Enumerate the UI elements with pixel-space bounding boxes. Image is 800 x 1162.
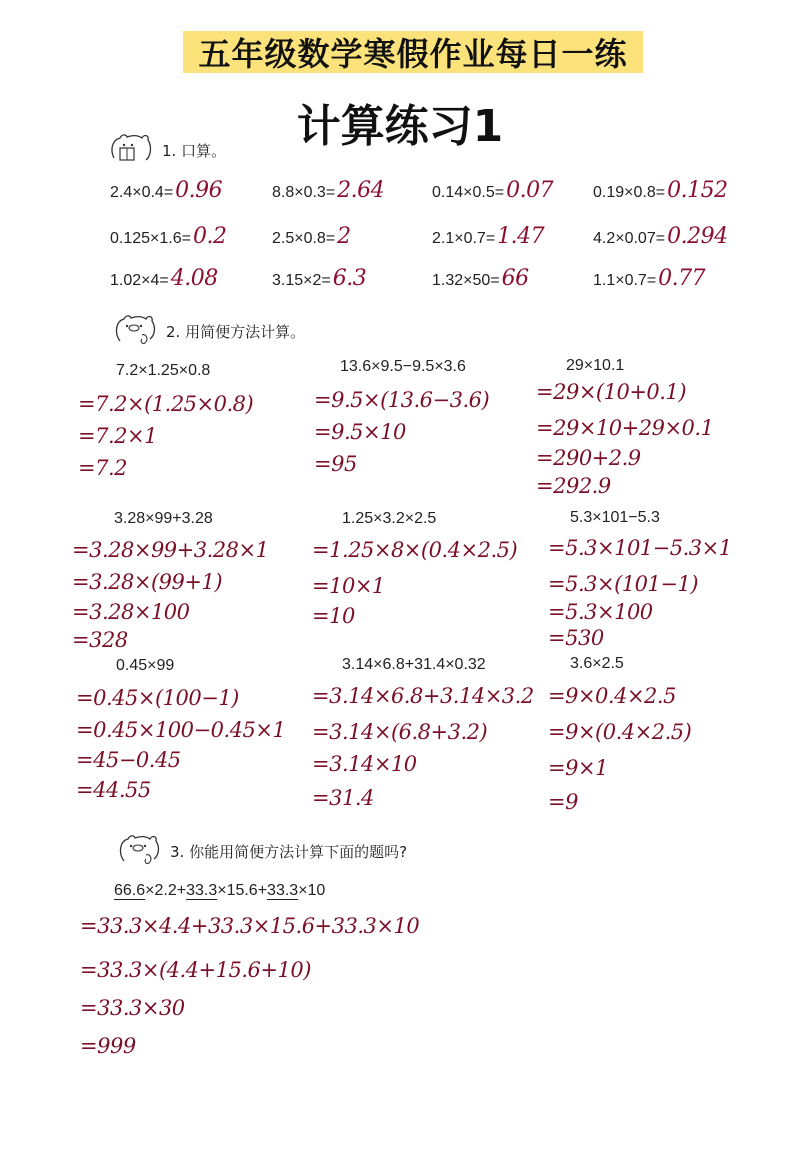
- section-1-header: 1. 口算。: [108, 132, 226, 168]
- problem: 3.6×2.5: [570, 655, 624, 673]
- solution-step: =3.28×(99+1): [72, 570, 222, 594]
- oral-item: 1.32×50=66: [432, 266, 529, 291]
- solution-step: =3.14×(6.8+3.2): [312, 720, 487, 744]
- oral-item: 1.1×0.7=0.77: [593, 266, 705, 291]
- oral-item: 1.02×4=4.08: [110, 266, 218, 291]
- solution-step: =29×10+29×0.1: [536, 416, 713, 440]
- banner-title: 五年级数学寒假作业每日一练: [198, 29, 627, 75]
- solution-step: =45−0.45: [76, 748, 181, 772]
- oral-item: 4.2×0.07=0.294: [593, 224, 728, 249]
- solution-step: =44.55: [76, 778, 151, 802]
- solution-step: =9×1: [548, 756, 608, 780]
- section-2-header: 2. 用简便方法计算。: [112, 313, 305, 349]
- bear-thinking-icon: [112, 313, 158, 349]
- section-2-label: 2. 用简便方法计算。: [166, 321, 305, 342]
- problem: 29×10.1: [566, 357, 624, 375]
- solution-step: =9×0.4×2.5: [548, 684, 676, 708]
- problem: 3.14×6.8+31.4×0.32: [342, 656, 486, 674]
- solution-step: =999: [80, 1034, 136, 1058]
- solution-step: =0.45×(100−1): [76, 686, 239, 710]
- oral-item: 0.14×0.5=0.07: [432, 178, 553, 203]
- section-3-label: 3. 你能用简便方法计算下面的题吗?: [170, 841, 407, 862]
- problem: 7.2×1.25×0.8: [116, 362, 210, 380]
- solution-step: =290+2.9: [536, 446, 641, 470]
- solution-step: =7.2×1: [78, 424, 157, 448]
- problem: 3.28×99+3.28: [114, 510, 213, 528]
- solution-step: =95: [314, 452, 357, 476]
- problem: 13.6×9.5−9.5×3.6: [340, 358, 466, 376]
- problem: 5.3×101−5.3: [570, 509, 660, 527]
- solution-step: =9.5×(13.6−3.6): [314, 388, 489, 412]
- oral-item: 8.8×0.3=2.64: [272, 178, 384, 203]
- solution-step: =29×(10+0.1): [536, 380, 686, 404]
- solution-step: =3.14×6.8+3.14×3.2: [312, 684, 534, 708]
- solution-step: =292.9: [536, 474, 611, 498]
- oral-item: 0.19×0.8=0.152: [593, 178, 728, 203]
- oral-item: 3.15×2=6.3: [272, 266, 366, 291]
- solution-step: =31.4: [312, 786, 374, 810]
- solution-step: =5.3×100: [548, 600, 653, 624]
- bear-reading-icon: [108, 132, 154, 168]
- bear-thinking-icon: [116, 833, 162, 869]
- oral-item: 0.125×1.6=0.2: [110, 224, 226, 249]
- header-banner: 五年级数学寒假作业每日一练: [183, 31, 643, 73]
- section-1-label: 1. 口算。: [162, 140, 226, 161]
- solution-step: =33.3×(4.4+15.6+10): [80, 958, 311, 982]
- problem: 1.25×3.2×2.5: [342, 510, 436, 528]
- solution-step: =3.28×99+3.28×1: [72, 538, 268, 562]
- solution-step: =0.45×100−0.45×1: [76, 718, 285, 742]
- solution-step: =9×(0.4×2.5): [548, 720, 691, 744]
- solution-step: =9.5×10: [314, 420, 406, 444]
- solution-step: =5.3×(101−1): [548, 572, 698, 596]
- problem: 0.45×99: [116, 657, 174, 675]
- solution-step: =7.2×(1.25×0.8): [78, 392, 253, 416]
- solution-step: =3.14×10: [312, 752, 417, 776]
- oral-item: 2.5×0.8=2: [272, 224, 351, 249]
- problem: 66.6×2.2+33.3×15.6+33.3×10: [114, 882, 325, 900]
- oral-item: 2.1×0.7=1.47: [432, 224, 544, 249]
- solution-step: =1.25×8×(0.4×2.5): [312, 538, 517, 562]
- solution-step: =3.28×100: [72, 600, 190, 624]
- solution-step: =9: [548, 790, 578, 814]
- solution-step: =10: [312, 604, 355, 628]
- solution-step: =33.3×4.4+33.3×15.6+33.3×10: [80, 914, 419, 938]
- solution-step: =5.3×101−5.3×1: [548, 536, 732, 560]
- solution-step: =328: [72, 628, 128, 652]
- solution-step: =7.2: [78, 456, 127, 480]
- solution-step: =33.3×30: [80, 996, 185, 1020]
- oral-item: 2.4×0.4=0.96: [110, 178, 222, 203]
- solution-step: =10×1: [312, 574, 385, 598]
- section-3-header: 3. 你能用简便方法计算下面的题吗?: [116, 833, 407, 869]
- solution-step: =530: [548, 626, 604, 650]
